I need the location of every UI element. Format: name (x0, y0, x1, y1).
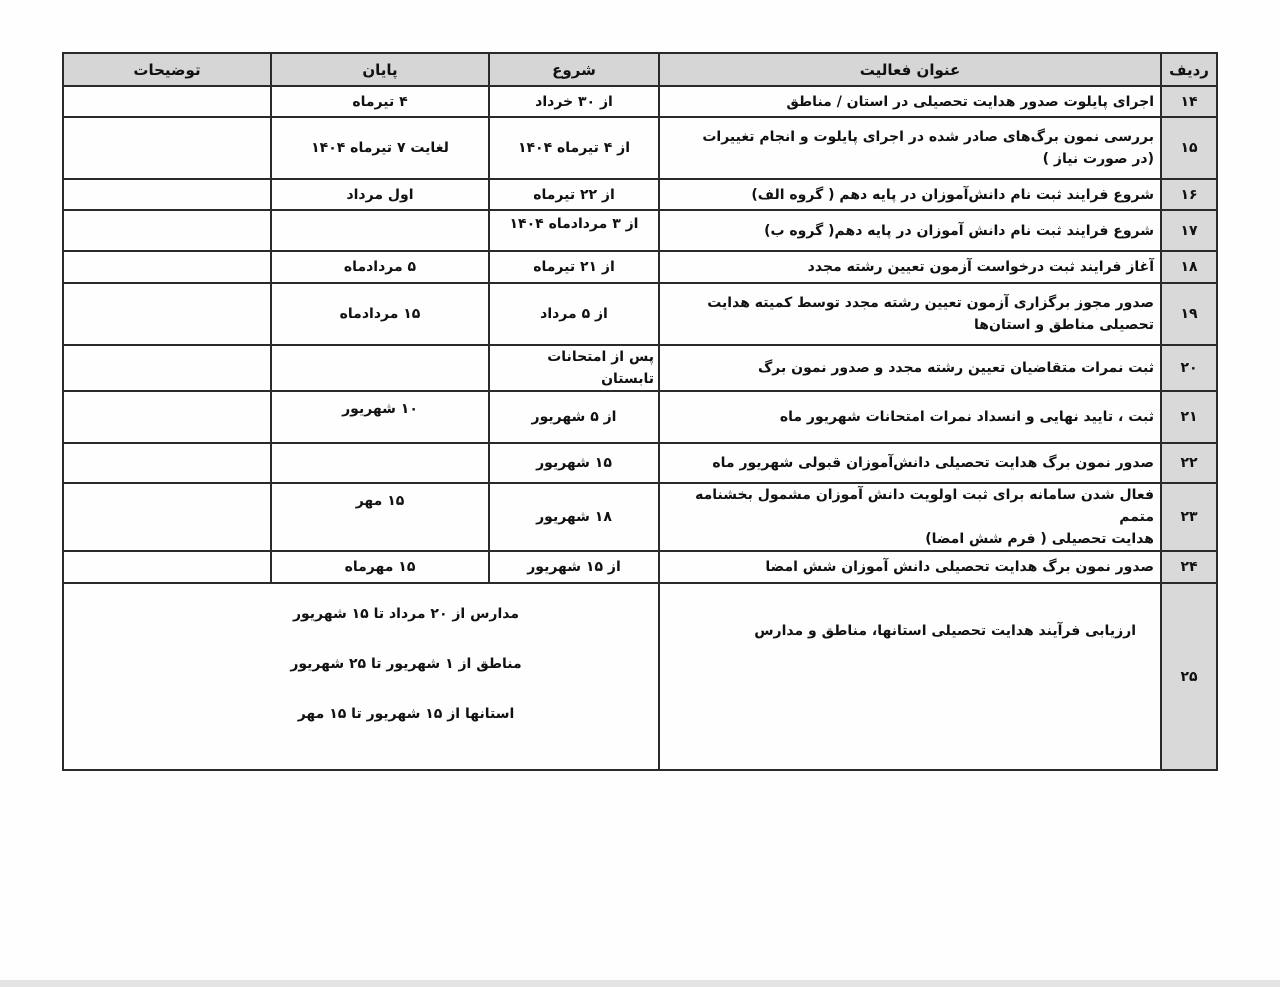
start-date: از ۳ مردادماه ۱۴۰۴ (489, 210, 659, 251)
row-number: ۱۹ (1161, 283, 1217, 345)
activity-title: آغاز فرایند ثبت درخواست آزمون تعیین رشته… (659, 251, 1161, 283)
row-number: ۲۲ (1161, 443, 1217, 483)
end-date: لغایت ۷ تیرماه ۱۴۰۴ (271, 117, 489, 179)
row-number: ۱۴ (1161, 86, 1217, 117)
activity-title: اجرای پایلوت صدور هدایت تحصیلی در استان … (659, 86, 1161, 117)
notes-cell (63, 179, 271, 210)
activity-schedule-table: ردیف عنوان فعالیت شروع پایان توضیحات ۱۴ … (62, 52, 1218, 771)
activity-title-line: هدایت تحصیلی ( فرم شش امضا) (666, 528, 1154, 550)
header-radif: ردیف (1161, 53, 1217, 86)
table-row: ۱۴ اجرای پایلوت صدور هدایت تحصیلی در است… (63, 86, 1217, 117)
table-row: ۱۶ شروع فرایند ثبت نام دانش‌آموزان در پا… (63, 179, 1217, 210)
activity-title: صدور نمون برگ هدایت تحصیلی دانش آموزان ش… (659, 551, 1161, 583)
activity-title-line: تحصیلی مناطق و استان‌ها (666, 314, 1154, 336)
activity-title: صدور نمون برگ هدایت تحصیلی دانش‌آموزان ق… (659, 443, 1161, 483)
notes-cell (63, 551, 271, 583)
header-activity-title: عنوان فعالیت (659, 53, 1161, 86)
table-row: ۲۳ فعال شدن سامانه برای ثبت اولویت دانش … (63, 483, 1217, 551)
page-bottom-edge (0, 980, 1280, 987)
table-row: ۱۷ شروع فرایند ثبت نام دانش آموزان در پا… (63, 210, 1217, 251)
notes-cell (63, 86, 271, 117)
activity-title: بررسی نمون برگ‌های صادر شده در اجرای پای… (659, 117, 1161, 179)
activity-title: فعال شدن سامانه برای ثبت اولویت دانش آمو… (659, 483, 1161, 551)
header-notes: توضیحات (63, 53, 271, 86)
notes-cell (63, 345, 271, 391)
row-number: ۱۶ (1161, 179, 1217, 210)
schedule-line-schools: مدارس از ۲۰ مرداد تا ۱۵ شهریور (70, 602, 652, 652)
row-number: ۱۸ (1161, 251, 1217, 283)
header-end: پایان (271, 53, 489, 86)
notes-cell (63, 117, 271, 179)
table-row: ۱۵ بررسی نمون برگ‌های صادر شده در اجرای … (63, 117, 1217, 179)
row-number: ۲۵ (1161, 583, 1217, 770)
row-number: ۲۱ (1161, 391, 1217, 443)
end-date: ۴ تیرماه (271, 86, 489, 117)
activity-title-line: فعال شدن سامانه برای ثبت اولویت دانش آمو… (666, 484, 1154, 528)
row-number: ۲۰ (1161, 345, 1217, 391)
activity-title-line: (در صورت نیاز ) (666, 148, 1154, 170)
combined-schedule-cell: مدارس از ۲۰ مرداد تا ۱۵ شهریور مناطق از … (63, 583, 659, 770)
activity-title: ارزیابی فرآیند هدایت تحصیلی استانها، منا… (659, 583, 1161, 770)
table-row: ۱۸ آغاز فرایند ثبت درخواست آزمون تعیین ر… (63, 251, 1217, 283)
table-row: ۲۰ ثبت نمرات متقاضیان تعیین رشته مجدد و … (63, 345, 1217, 391)
start-date: از ۴ تیرماه ۱۴۰۴ (489, 117, 659, 179)
start-date: از ۵ شهریور (489, 391, 659, 443)
activity-title: شروع فرایند ثبت نام دانش‌آموزان در پایه … (659, 179, 1161, 210)
end-date: ۱۰ شهریور (271, 391, 489, 443)
schedule-line-provinces: استانها از ۱۵ شهریور تا ۱۵ مهر (70, 702, 652, 752)
notes-cell (63, 251, 271, 283)
end-date: ۱۵ مهر (271, 483, 489, 551)
table-row: ۲۲ صدور نمون برگ هدایت تحصیلی دانش‌آموزا… (63, 443, 1217, 483)
end-date (271, 443, 489, 483)
start-date: از ۲۲ تیرماه (489, 179, 659, 210)
table-header-row: ردیف عنوان فعالیت شروع پایان توضیحات (63, 53, 1217, 86)
activity-title-line: صدور مجوز برگزاری آزمون تعیین رشته مجدد … (666, 292, 1154, 314)
end-date: ۱۵ مهرماه (271, 551, 489, 583)
header-start: شروع (489, 53, 659, 86)
table-row: ۲۱ ثبت ، تایید نهایی و انسداد نمرات امتح… (63, 391, 1217, 443)
activity-title: ثبت ، تایید نهایی و انسداد نمرات امتحانا… (659, 391, 1161, 443)
start-date: از ۳۰ خرداد (489, 86, 659, 117)
notes-cell (63, 210, 271, 251)
row-number: ۱۵ (1161, 117, 1217, 179)
end-date: ۵ مردادماه (271, 251, 489, 283)
notes-cell (63, 443, 271, 483)
schedule-line-districts: مناطق از ۱ شهریور تا ۲۵ شهریور (70, 652, 652, 702)
activity-title: صدور مجوز برگزاری آزمون تعیین رشته مجدد … (659, 283, 1161, 345)
start-date: از ۲۱ تیرماه (489, 251, 659, 283)
end-date: ۱۵ مردادماه (271, 283, 489, 345)
start-date: از ۱۵ شهریور (489, 551, 659, 583)
activity-title: ثبت نمرات متقاضیان تعیین رشته مجدد و صدو… (659, 345, 1161, 391)
notes-cell (63, 391, 271, 443)
row-number: ۲۳ (1161, 483, 1217, 551)
activity-title-line: بررسی نمون برگ‌های صادر شده در اجرای پای… (666, 126, 1154, 148)
row-number: ۱۷ (1161, 210, 1217, 251)
table-row: ۱۹ صدور مجوز برگزاری آزمون تعیین رشته مج… (63, 283, 1217, 345)
table-row: ۲۴ صدور نمون برگ هدایت تحصیلی دانش آموزا… (63, 551, 1217, 583)
start-date: از ۵ مرداد (489, 283, 659, 345)
start-date: ۱۵ شهریور (489, 443, 659, 483)
start-date: ۱۸ شهریور (489, 483, 659, 551)
start-date: پس از امتحانات تابستان (489, 345, 659, 391)
table-row: ۲۵ ارزیابی فرآیند هدایت تحصیلی استانها، … (63, 583, 1217, 770)
end-date: اول مرداد (271, 179, 489, 210)
end-date (271, 210, 489, 251)
notes-cell (63, 483, 271, 551)
end-date (271, 345, 489, 391)
activity-title: شروع فرایند ثبت نام دانش آموزان در پایه … (659, 210, 1161, 251)
notes-cell (63, 283, 271, 345)
row-number: ۲۴ (1161, 551, 1217, 583)
document-page: ردیف عنوان فعالیت شروع پایان توضیحات ۱۴ … (0, 0, 1280, 980)
